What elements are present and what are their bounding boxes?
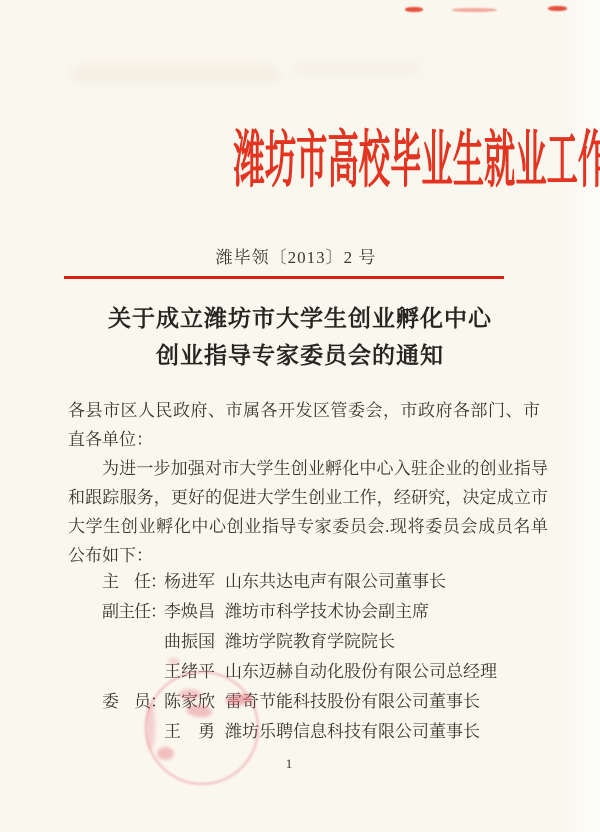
red-ink-smudge [452,8,497,12]
ink-bleed-mark [70,66,280,82]
seal-ink-mark [147,702,155,750]
member-row: 王绪平山东迈赫自动化股份有限公司总经理 [68,657,548,687]
member-title: 潍坊乐聘信息科技有限公司董事长 [225,717,548,747]
issuing-authority-header: 潍坊市高校毕业生就业工作领导小组 [0,130,588,192]
member-title: 雷奇节能科技股份有限公司董事长 [225,687,548,717]
seal-ink-mark [168,658,180,665]
member-role [102,657,164,687]
committee-member-list: 主 任：杨进军山东共达电声有限公司董事长 副主任：李焕昌潍坊市科学技术协会副主席… [68,567,548,747]
member-title: 山东共达电声有限公司董事长 [225,567,548,597]
document-body: 各县市区人民政府、市属各开发区管委会，市政府各部门、市直各单位： 为进一步加强对… [68,396,548,747]
member-name: 杨进军 [164,567,225,597]
document-title: 关于成立潍坊市大学生创业孵化中心 创业指导专家委员会的通知 [0,300,600,374]
page-number: 1 [0,756,589,772]
member-title: 山东迈赫自动化股份有限公司总经理 [225,657,548,687]
body-paragraph: 为进一步加强对市大学生创业孵化中心入驻企业的创业指导和跟踪服务，更好的促进大学生… [68,454,548,570]
member-row: 委 员：陈家欣雷奇节能科技股份有限公司董事长 [68,687,548,717]
member-row: 曲振国潍坊学院教育学院院长 [68,627,548,657]
member-name: 李焕昌 [164,597,225,627]
seal-ink-mark [179,689,201,700]
document-title-line1: 关于成立潍坊市大学生创业孵化中心 [0,300,600,337]
document-title-line2: 创业指导专家委员会的通知 [0,337,600,374]
red-ink-smudge [405,7,423,12]
member-role: 副主任： [102,597,164,627]
member-row: 副主任：李焕昌潍坊市科学技术协会副主席 [68,597,548,627]
issuing-authority-text: 潍坊市高校毕业生就业工作领导小组 [234,130,600,192]
ink-bleed-mark [292,62,422,76]
member-title: 潍坊市科学技术协会副主席 [225,597,548,627]
member-role: 主 任： [102,567,164,597]
member-row: 王 勇潍坊乐聘信息科技有限公司董事长 [68,717,548,747]
member-row: 主 任：杨进军山东共达电声有限公司董事长 [68,567,548,597]
member-title: 潍坊学院教育学院院长 [225,627,548,657]
salutation: 各县市区人民政府、市属各开发区管委会，市政府各部门、市直各单位： [68,396,540,454]
member-role [102,627,164,657]
member-name: 曲振国 [164,627,225,657]
red-ink-smudge [548,6,567,11]
scanned-document-page: 潍坊市高校毕业生就业工作领导小组 潍毕领〔2013〕2 号 关于成立潍坊市大学生… [0,0,600,832]
red-separator-rule [64,276,504,279]
document-reference-number: 潍毕领〔2013〕2 号 [0,243,596,268]
